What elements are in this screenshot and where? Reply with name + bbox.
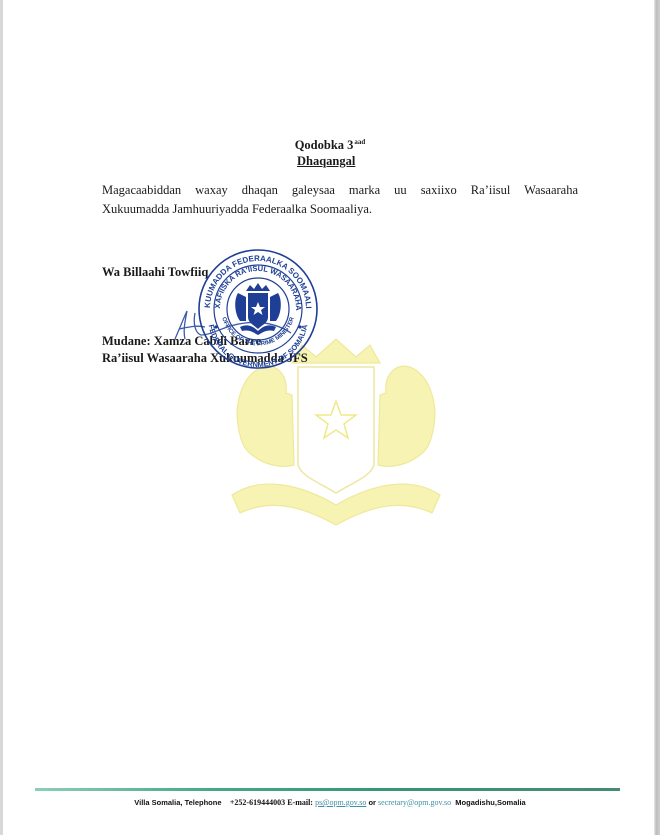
footer-email-label: E-mail: [287,798,313,807]
body-paragraph: Magacaabiddan waxay dhaqan galeysaa mark… [102,181,578,219]
page-edge-left [0,0,3,835]
footer-phone: +252-619444003 [230,798,285,807]
footer-contact: Villa Somalia, Telephone +252-619444003 … [0,798,660,807]
article-ordinal-suffix: aad [354,138,365,146]
footer-or: or [368,798,376,807]
official-seal-icon: XUKUUMADDA FEDERAALKA SOOMAALIYA IXAFIIS… [196,247,320,371]
article-title: Dhaqangal [297,154,355,169]
paragraph-line: Magacaabiddan waxay dhaqan galeysaa mark… [102,181,578,200]
article-heading: Qodobka 3aad [0,138,660,153]
paragraph-line: Xukuumadda Jamhuuriyadda Federaalka Soom… [102,200,578,219]
article-number: Qodobka 3 [295,138,354,152]
footer-email-link-ps[interactable]: ps@opm.gov.so [315,798,366,807]
footer-rule [35,788,620,791]
footer-address: Villa Somalia, Telephone [134,798,221,807]
footer-email-link-secretary[interactable]: secretary@opm.gov.so [378,798,451,807]
footer-city: Mogadishu,Somalia [455,798,525,807]
closing-phrase: Wa Billaahi Towfiiq [102,265,208,280]
page-edge-right [654,0,660,835]
